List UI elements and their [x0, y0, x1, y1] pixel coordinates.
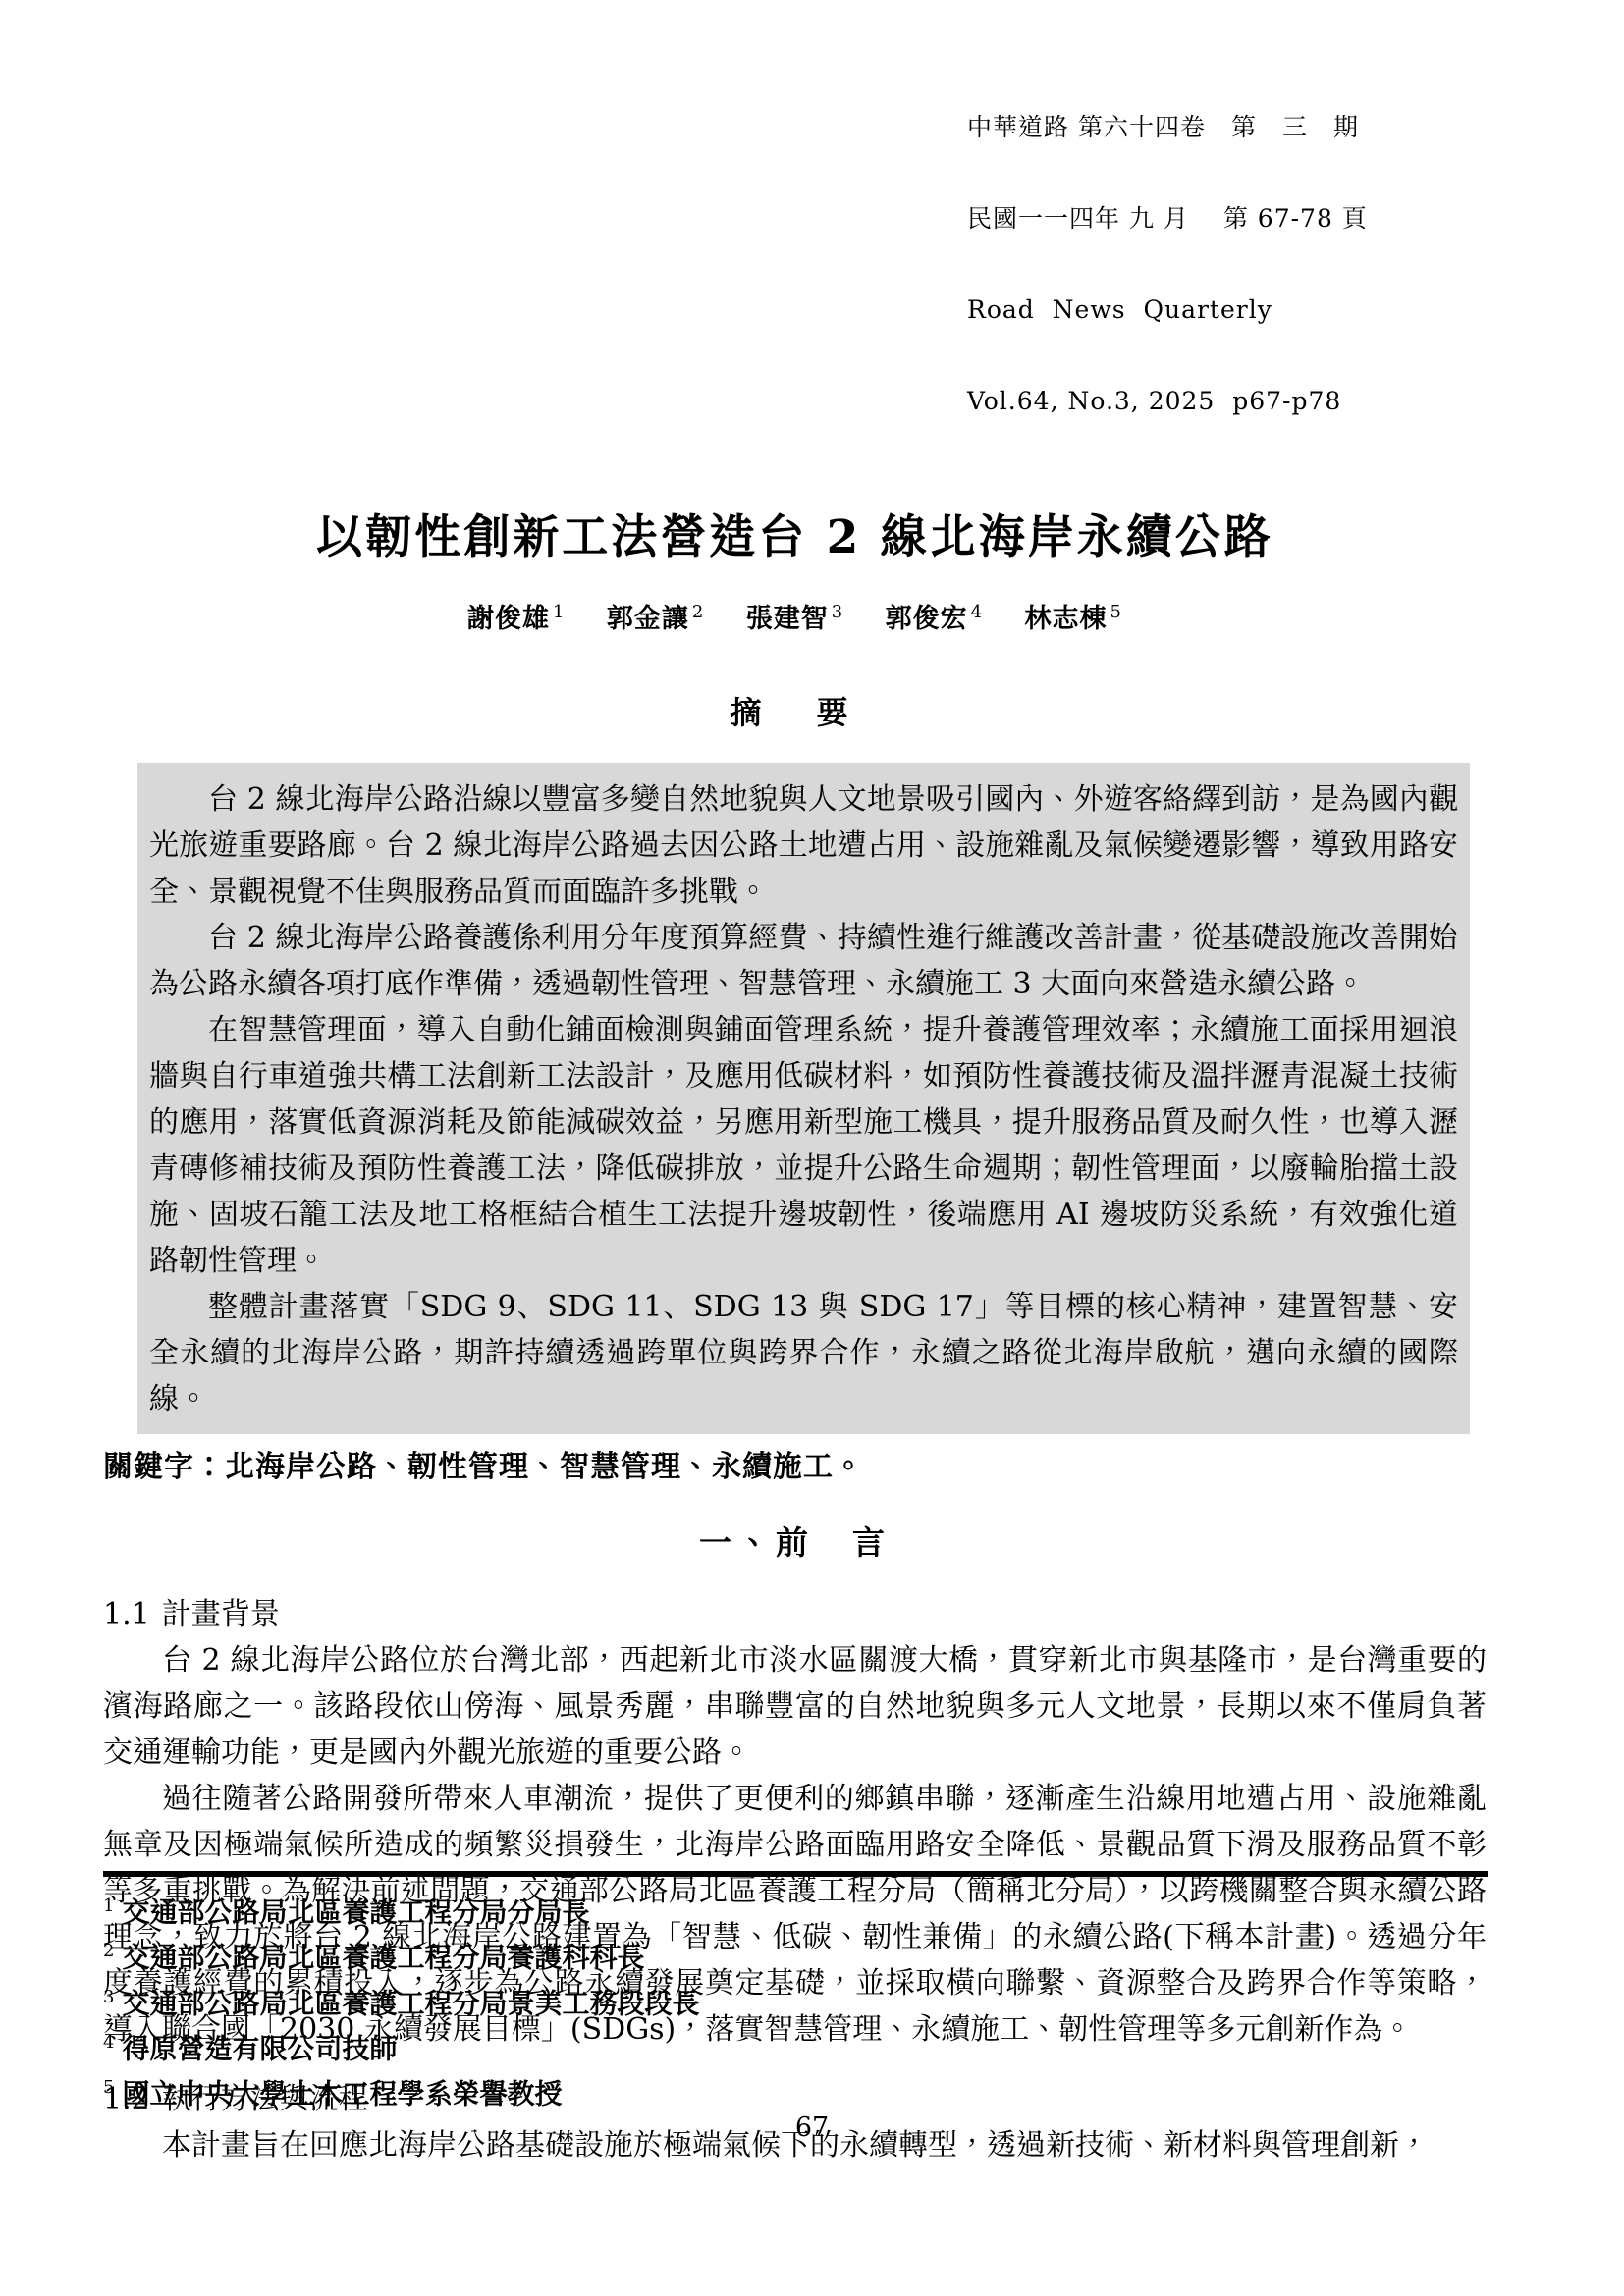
journal-title-volume-issue: 中華道路 第六十四卷 第 三 期 [967, 112, 1488, 142]
footnote-divider [103, 1871, 1488, 1877]
author-name: 謝俊雄 [467, 604, 550, 634]
journal-date-pages: 民國一一四年 九 月 第 67-78 頁 [967, 203, 1488, 234]
footnote-superscript: 2 [103, 1941, 114, 1961]
author-name: 林志棟 [1024, 604, 1107, 634]
section-heading-introduction: 一、前 言 [103, 1518, 1487, 1564]
subsection-title: 計畫背景 [162, 1597, 280, 1631]
author: 張建智3 [746, 604, 843, 634]
footnote-superscript: 4 [103, 2032, 114, 2053]
abstract-paragraph: 台 2 線北海岸公路養護係利用分年度預算經費、持續性進行維護改善計畫，從基礎設施… [149, 915, 1458, 1007]
footnote-area: 1交通部公路局北區養護工程分局分局長 2交通部公路局北區養護工程分局養護科科長 … [103, 1871, 1488, 2114]
journal-name-english: Road News Quarterly [967, 294, 1488, 325]
abstract-paragraph: 台 2 線北海岸公路沿線以豐富多變自然地貌與人文地景吸引國內、外遊客絡繹到訪，是… [149, 776, 1458, 915]
paper-page: 中華道路 第六十四卷 第 三 期 民國一一四年 九 月 第 67-78 頁 Ro… [0, 0, 1624, 2296]
footnote-superscript: 3 [103, 1987, 114, 2007]
journal-header: 中華道路 第六十四卷 第 三 期 民國一一四年 九 月 第 67-78 頁 Ro… [967, 51, 1488, 477]
subsection-number: 1.1 [103, 1597, 150, 1631]
footnote-superscript: 1 [103, 1896, 114, 1916]
author: 林志棟5 [1024, 604, 1121, 634]
journal-volume-english: Vol.64, No.3, 2025 p67-p78 [967, 386, 1488, 416]
author-name: 張建智 [746, 604, 829, 634]
footnote-text: 交通部公路局北區養護工程分局景美工務段段長 [122, 1988, 699, 2018]
author: 謝俊雄1 [467, 604, 565, 634]
abstract-heading: 摘 要 [103, 688, 1487, 733]
author: 郭金讓2 [607, 604, 704, 634]
footnote-text: 得原營造有限公司技師 [122, 2033, 397, 2063]
author: 郭俊宏4 [886, 604, 983, 634]
author-superscript: 1 [553, 602, 565, 622]
author-superscript: 3 [832, 602, 843, 622]
subsection-heading-1-1: 1.1計畫背景 [103, 1591, 1487, 1637]
footnote-text: 交通部公路局北區養護工程分局分局長 [122, 1896, 589, 1927]
page-title: 以韌性創新工法營造台 2 線北海岸永續公路 [103, 501, 1487, 566]
author-name: 郭金讓 [607, 604, 689, 634]
abstract-paragraph: 整體計畫落實「SDG 9、SDG 11、SDG 13 與 SDG 17」等目標的… [149, 1284, 1458, 1422]
author-superscript: 4 [971, 602, 983, 622]
page-number: 67 [0, 2112, 1624, 2143]
footnote-item: 5國立中央大學土木工程學系榮譽教授 [103, 2068, 1488, 2113]
footnote-item: 1交通部公路局北區養護工程分局分局長 [103, 1887, 1488, 1932]
abstract-block: 台 2 線北海岸公路沿線以豐富多變自然地貌與人文地景吸引國內、外遊客絡繹到訪，是… [137, 763, 1470, 1434]
author-superscript: 2 [692, 602, 704, 622]
footnote-item: 4得原營造有限公司技師 [103, 2023, 1488, 2068]
abstract-paragraph: 在智慧管理面，導入自動化鋪面檢測與鋪面管理系統，提升養護管理效率；永續施工面採用… [149, 1007, 1458, 1284]
authors-line: 謝俊雄1 郭金讓2 張建智3 郭俊宏4 林志棟5 [103, 597, 1487, 635]
footnote-item: 2交通部公路局北區養護工程分局養護科科長 [103, 1932, 1488, 1977]
keywords-line: 關鍵字：北海岸公路、韌性管理、智慧管理、永續施工。 [103, 1444, 1487, 1490]
footnote-text: 交通部公路局北區養護工程分局養護科科長 [122, 1943, 644, 1973]
footnote-item: 3交通部公路局北區養護工程分局景美工務段段長 [103, 1978, 1488, 2023]
footnote-superscript: 5 [103, 2077, 114, 2098]
footnote-text: 國立中央大學土木工程學系榮譽教授 [122, 2079, 562, 2109]
body-paragraph: 台 2 線北海岸公路位於台灣北部，西起新北市淡水區關渡大橋，貫穿新北市與基隆市，… [103, 1637, 1487, 1776]
author-superscript: 5 [1110, 602, 1121, 622]
author-name: 郭俊宏 [886, 604, 968, 634]
